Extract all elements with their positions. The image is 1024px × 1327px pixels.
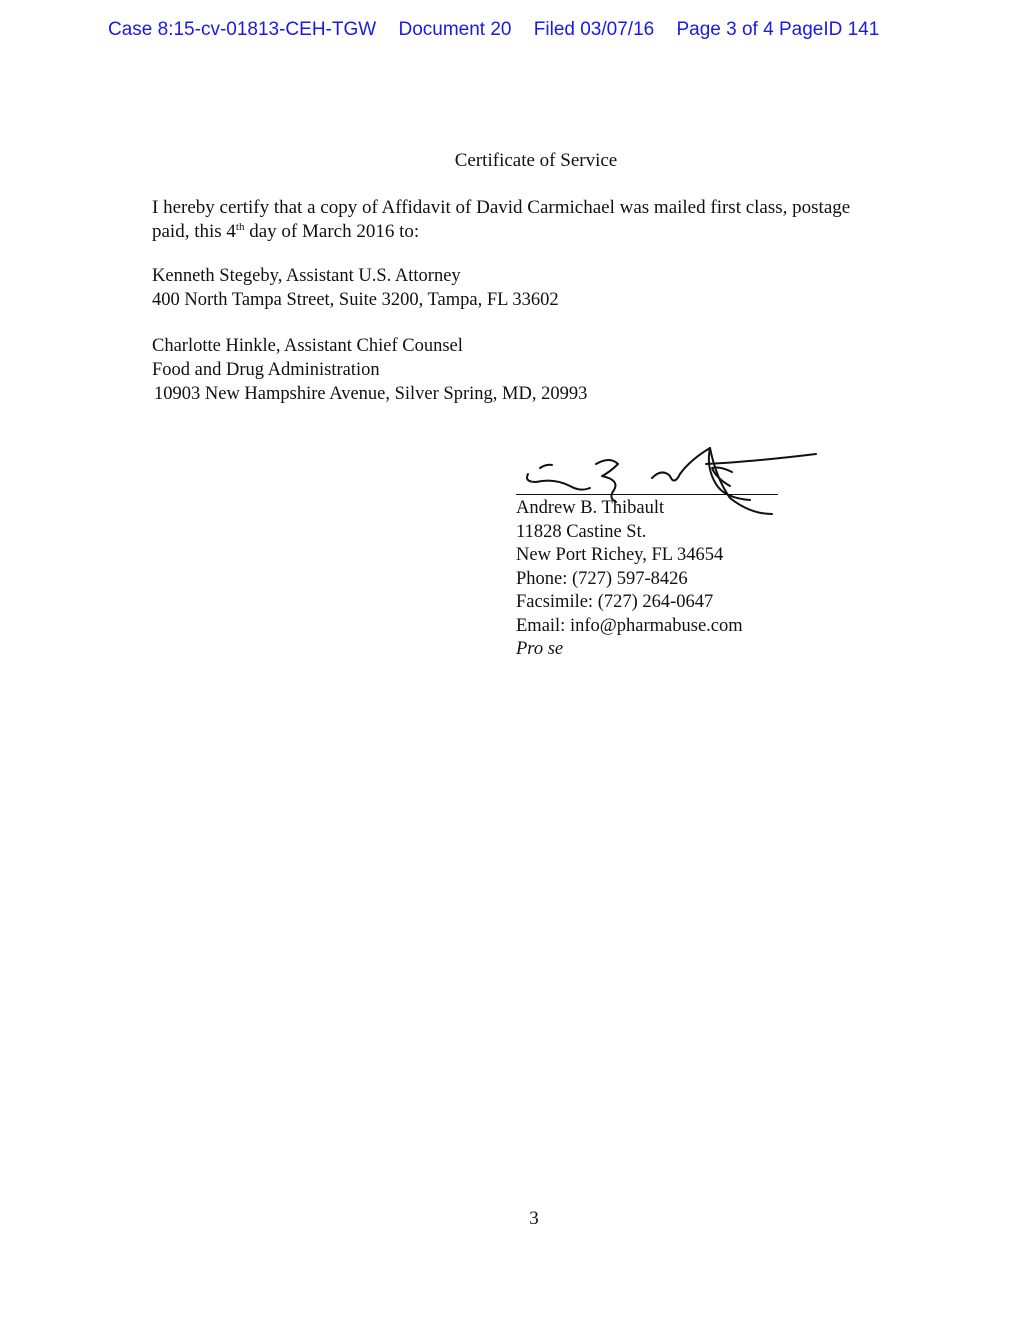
recipient-2-name: Charlotte Hinkle, Assistant Chief Counse… — [152, 334, 587, 358]
certification-line-2: paid, this 4th day of March 2016 to: — [152, 220, 922, 244]
signer-email: Email: info@pharmabuse.com — [516, 615, 743, 639]
signature-line — [516, 494, 778, 495]
recipient-1-street: 400 North Tampa Street, Suite 3200, Tamp… — [152, 288, 559, 312]
signer-name: Andrew B. Thibault — [516, 497, 743, 521]
recipient-address-2: Charlotte Hinkle, Assistant Chief Counse… — [152, 334, 587, 406]
case-number: Case 8:15-cv-01813-CEH-TGW — [108, 19, 376, 40]
document-number: Document 20 — [398, 19, 511, 40]
certification-line-1: I hereby certify that a copy of Affidavi… — [152, 196, 922, 220]
court-filing-stamp: Case 8:15-cv-01813-CEH-TGW Document 20 F… — [108, 19, 879, 41]
recipient-1-name: Kenneth Stegeby, Assistant U.S. Attorney — [152, 264, 559, 288]
signer-city: New Port Richey, FL 34654 — [516, 544, 743, 568]
signer-fax: Facsimile: (727) 264-0647 — [516, 591, 743, 615]
page-number: 3 — [0, 1208, 1024, 1230]
recipient-2-street: 10903 New Hampshire Avenue, Silver Sprin… — [152, 382, 587, 406]
filed-date: Filed 03/07/16 — [534, 19, 654, 40]
recipient-2-agency: Food and Drug Administration — [152, 358, 587, 382]
signer-street: 11828 Castine St. — [516, 521, 743, 545]
signature-block: Andrew B. Thibault 11828 Castine St. New… — [516, 497, 743, 662]
signer-phone: Phone: (727) 597-8426 — [516, 568, 743, 592]
certification-paragraph: I hereby certify that a copy of Affidavi… — [152, 196, 922, 244]
signer-status: Pro se — [516, 638, 743, 662]
page-info: Page 3 of 4 PageID 141 — [676, 19, 879, 40]
recipient-address-1: Kenneth Stegeby, Assistant U.S. Attorney… — [152, 264, 559, 312]
document-title: Certificate of Service — [0, 150, 1024, 172]
